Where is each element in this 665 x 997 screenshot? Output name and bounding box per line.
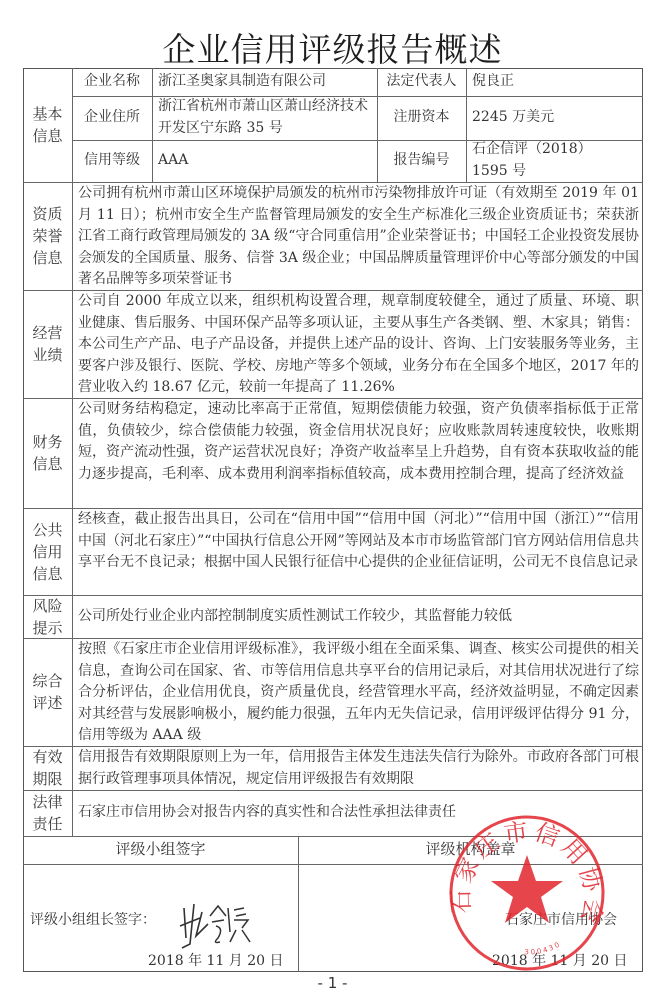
label-credit-grade: 信用等级 (72, 140, 152, 182)
section-label-summary: 综合评述 (23, 638, 72, 746)
label-report-number: 报告编号 (377, 140, 466, 182)
section-label-basic-info: 基本信息 (23, 68, 72, 182)
section-text-qualifications: 公司拥有杭州市萧山区环境保护局颁发的杭州市污染物排放许可证（有效期至 2019 … (78, 183, 639, 291)
value-report-number: 石企信评（2018）1595 号 (472, 140, 612, 182)
column-divider (466, 68, 467, 182)
section-label-qualifications: 资质荣誉信息 (23, 182, 72, 290)
team-leader-signature-label: 评级小组组长签字： (30, 909, 156, 929)
section-label-risk: 风险提示 (23, 595, 72, 638)
label-company-name: 企业名称 (72, 68, 152, 96)
page-number: - 1 - (0, 974, 665, 992)
handwritten-signature-icon (178, 898, 252, 950)
section-text-financial: 公司财务结构稳定，速动比率高于正常值，短期偿债能力较强，资产负债率指标低于正常值… (78, 399, 639, 485)
value-company-address: 浙江省杭州市萧山区萧山经济技术开发区宁东路 35 号 (158, 96, 373, 140)
section-text-performance: 公司自 2000 年成立以来，组织机构设置合理，规章制度较健全，通过了质量、环境… (78, 291, 639, 399)
section-label-legal: 法律责任 (23, 790, 72, 836)
value-credit-grade: AAA (158, 140, 373, 182)
section-text-public-credit: 经核查，截止报告出具日，公司在“信用中国”“信用中国（河北）”“信用中国（浙江）… (78, 509, 639, 574)
section-label-performance: 经营业绩 (23, 290, 72, 398)
section-label-financial: 财务信息 (23, 398, 72, 508)
section-text-validity: 信用报告有效期限原则上为一年，信用报告主体发生违法失信行为除外。市政府各部门可根… (78, 747, 639, 790)
rating-team-signature-header: 评级小组签字 (23, 836, 298, 864)
value-company-name: 浙江圣奥家具制造有限公司 (158, 68, 373, 96)
value-registered-capital: 2245 万美元 (472, 96, 640, 140)
label-legal-representative: 法定代表人 (377, 68, 466, 96)
row-divider (23, 595, 643, 596)
column-divider (152, 68, 153, 182)
section-text-summary: 按照《石家庄市企业信用评级标准》，我评级小组在全面采集、调查、核实公司提供的相关… (78, 639, 639, 747)
team-signature-date: 2018 年 11 月 20 日 (148, 950, 284, 970)
svg-text:300430: 300430 (524, 940, 562, 956)
official-seal-stamp-icon: 石家庄市信用协会 300430 (447, 813, 607, 973)
label-company-address: 企业住所 (72, 96, 152, 140)
section-label-public-credit: 公共信用信息 (23, 508, 72, 595)
section-text-risk: 公司所处行业企业内部控制制度实质性测试工作较少，其监督能力较低 (78, 606, 639, 628)
page-title: 企业信用评级报告概述 (0, 24, 665, 71)
label-registered-capital: 注册资本 (377, 96, 466, 140)
column-divider (72, 68, 73, 836)
section-label-validity: 有效期限 (23, 746, 72, 790)
value-legal-representative: 倪良正 (472, 68, 640, 96)
